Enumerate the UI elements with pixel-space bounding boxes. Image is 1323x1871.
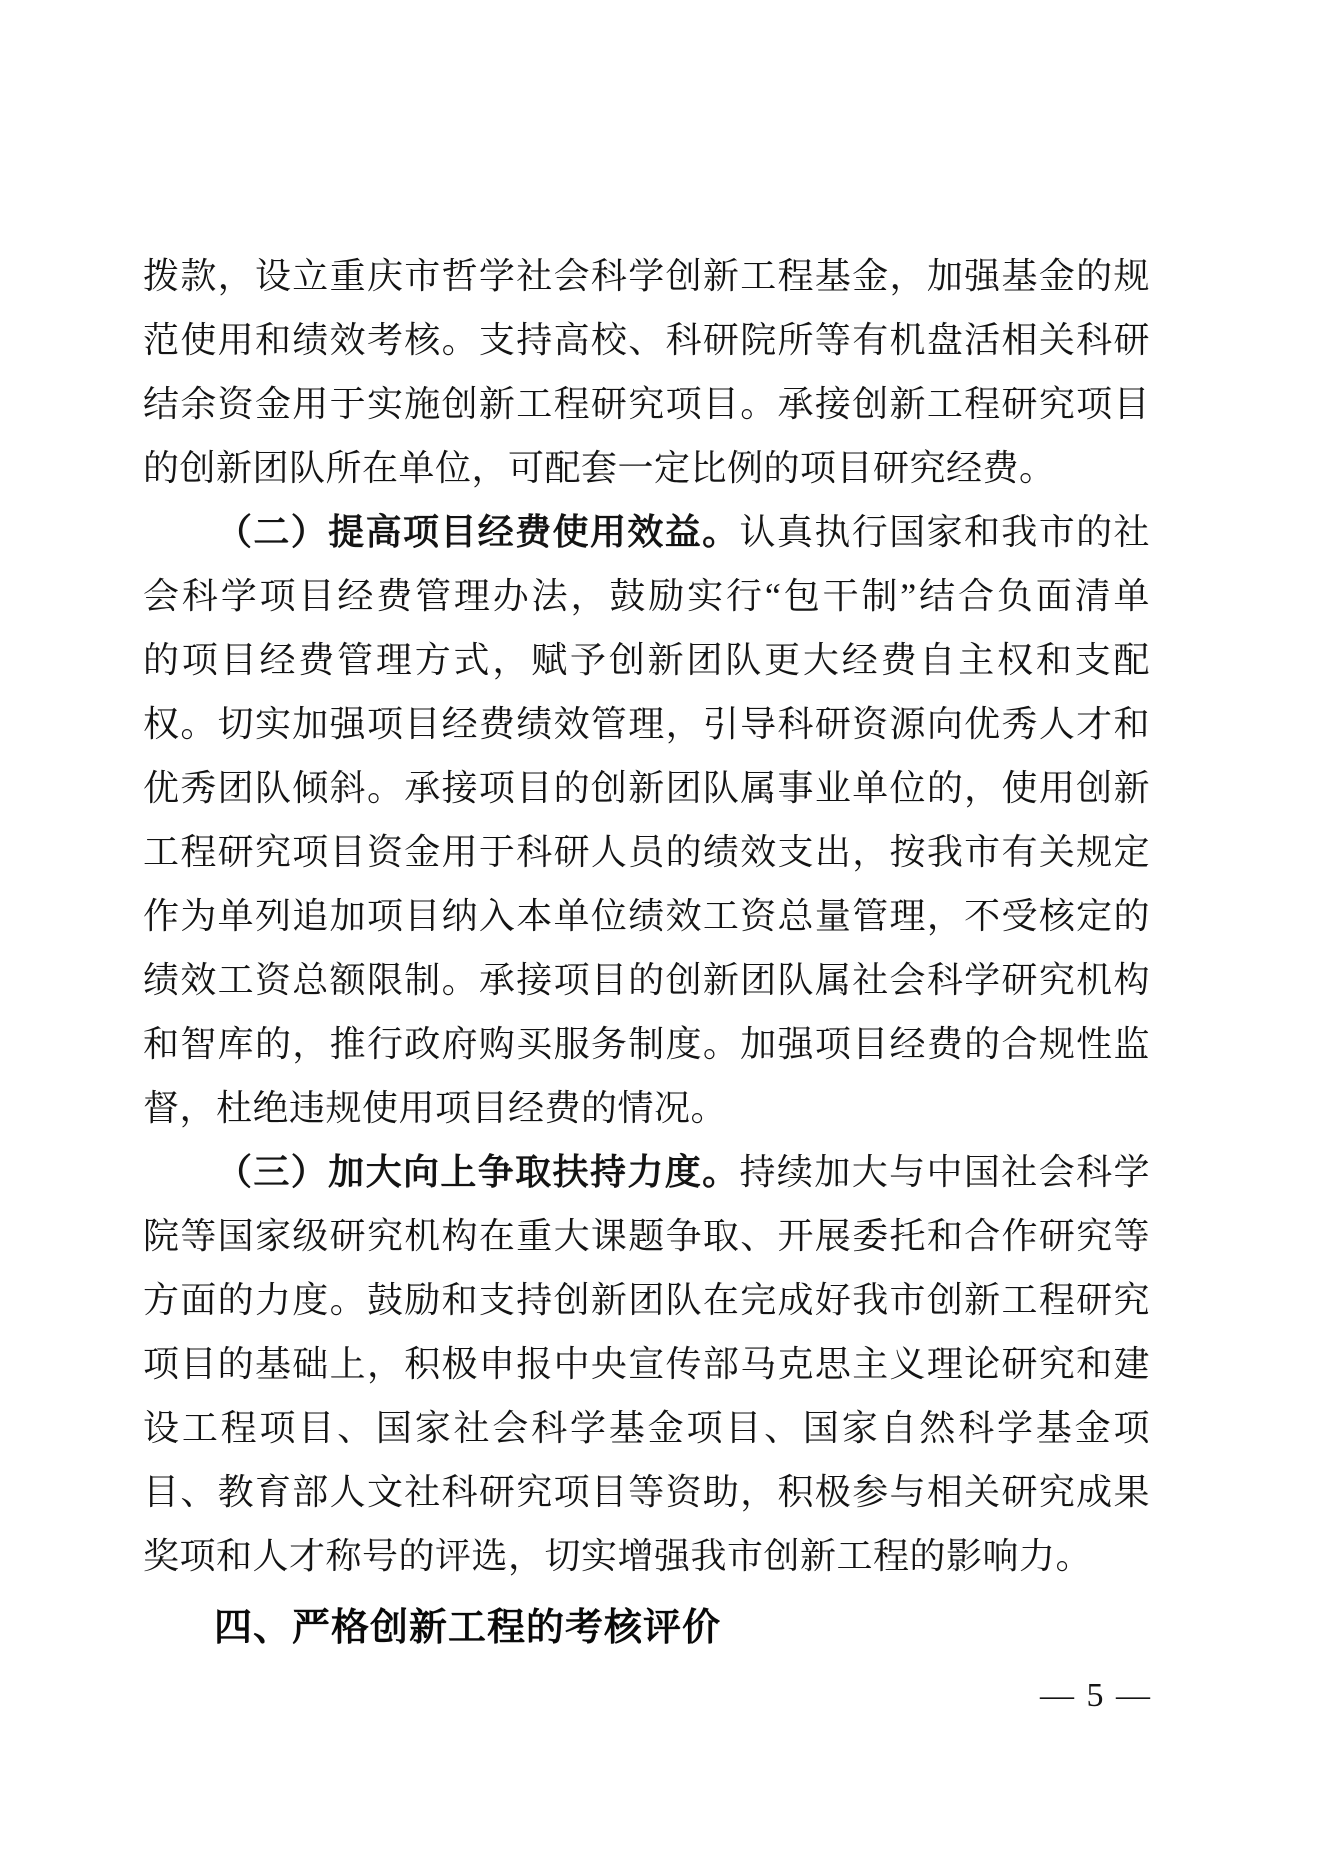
text-run: 设工程项目、国家社会科学基金项目、国家自然科学基金项 bbox=[143, 1408, 1150, 1448]
text-line: 的创新团队所在单位，可配套一定比例的项目研究经费。 bbox=[143, 436, 1150, 500]
text-run: 的创新团队所在单位，可配套一定比例的项目研究经费。 bbox=[143, 448, 1056, 488]
text-line: 设工程项目、国家社会科学基金项目、国家自然科学基金项 bbox=[143, 1396, 1150, 1460]
text-run: 方面的力度。鼓励和支持创新团队在完成好我市创新工程研究 bbox=[143, 1280, 1150, 1320]
text-line: 范使用和绩效考核。支持高校、科研院所等有机盘活相关科研 bbox=[143, 308, 1150, 372]
text-run: 院等国家级研究机构在重大课题争取、开展委托和合作研究等 bbox=[143, 1216, 1150, 1256]
text-line: 奖项和人才称号的评选，切实增强我市创新工程的影响力。 bbox=[143, 1524, 1150, 1588]
page-number: — 5 — bbox=[1040, 1676, 1152, 1716]
text-line: 拨款，设立重庆市哲学社会科学创新工程基金，加强基金的规 bbox=[143, 244, 1150, 308]
text-line: 和智库的，推行政府购买服务制度。加强项目经费的合规性监 bbox=[143, 1012, 1150, 1076]
text-run: 工程研究项目资金用于科研人员的绩效支出，按我市有关规定 bbox=[143, 832, 1150, 872]
text-run: 权。切实加强项目经费绩效管理，引导科研资源向优秀人才和 bbox=[143, 704, 1150, 744]
text-line: 项目的基础上，积极申报中央宣传部马克思主义理论研究和建 bbox=[143, 1332, 1150, 1396]
text-line: 目、教育部人文社科研究项目等资助，积极参与相关研究成果 bbox=[143, 1460, 1150, 1524]
text-line: 院等国家级研究机构在重大课题争取、开展委托和合作研究等 bbox=[143, 1204, 1150, 1268]
text-run: 和智库的，推行政府购买服务制度。加强项目经费的合规性监 bbox=[143, 1024, 1150, 1064]
text-run: 拨款，设立重庆市哲学社会科学创新工程基金，加强基金的规 bbox=[143, 256, 1150, 296]
text-run: 优秀团队倾斜。承接项目的创新团队属事业单位的，使用创新 bbox=[143, 768, 1150, 808]
text-line: 工程研究项目资金用于科研人员的绩效支出，按我市有关规定 bbox=[143, 820, 1150, 884]
text-line: 绩效工资总额限制。承接项目的创新团队属社会科学研究机构 bbox=[143, 948, 1150, 1012]
text-run: 会科学项目经费管理办法，鼓励实行“包干制”结合负面清单 bbox=[143, 576, 1150, 616]
text-line: 会科学项目经费管理办法，鼓励实行“包干制”结合负面清单 bbox=[143, 564, 1150, 628]
text-line: 结余资金用于实施创新工程研究项目。承接创新工程研究项目 bbox=[143, 372, 1150, 436]
para-item-2-funding-efficiency: （二）提高项目经费使用效益。认真执行国家和我市的社会科学项目经费管理办法，鼓励实… bbox=[143, 500, 1150, 1140]
text-run: 结余资金用于实施创新工程研究项目。承接创新工程研究项目 bbox=[143, 384, 1150, 424]
para-fund-continuation: 拨款，设立重庆市哲学社会科学创新工程基金，加强基金的规范使用和绩效考核。支持高校… bbox=[143, 244, 1150, 500]
text-run: 认真执行国家和我市的社 bbox=[740, 512, 1150, 552]
text-line: 督，杜绝违规使用项目经费的情况。 bbox=[143, 1076, 1150, 1140]
text-run: 项目的基础上，积极申报中央宣传部马克思主义理论研究和建 bbox=[143, 1344, 1150, 1384]
text-line: 权。切实加强项目经费绩效管理，引导科研资源向优秀人才和 bbox=[143, 692, 1150, 756]
text-run: 目、教育部人文社科研究项目等资助，积极参与相关研究成果 bbox=[143, 1472, 1150, 1512]
para-item-3-seek-support: （三）加大向上争取扶持力度。持续加大与中国社会科学院等国家级研究机构在重大课题争… bbox=[143, 1140, 1150, 1588]
bold-run: （二）提高项目经费使用效益。 bbox=[216, 512, 740, 552]
text-run: 作为单列追加项目纳入本单位绩效工资总量管理，不受核定的 bbox=[143, 896, 1150, 936]
text-line: （三）加大向上争取扶持力度。持续加大与中国社会科学 bbox=[143, 1140, 1150, 1204]
text-line: 的项目经费管理方式，赋予创新团队更大经费自主权和支配 bbox=[143, 628, 1150, 692]
text-run: 持续加大与中国社会科学 bbox=[740, 1152, 1150, 1192]
document-page: 拨款，设立重庆市哲学社会科学创新工程基金，加强基金的规范使用和绩效考核。支持高校… bbox=[0, 0, 1323, 1871]
text-line: 方面的力度。鼓励和支持创新团队在完成好我市创新工程研究 bbox=[143, 1268, 1150, 1332]
section-heading: 四、严格创新工程的考核评价 bbox=[143, 1596, 1150, 1660]
text-run: 的项目经费管理方式，赋予创新团队更大经费自主权和支配 bbox=[143, 640, 1150, 680]
bold-run: （三）加大向上争取扶持力度。 bbox=[216, 1152, 740, 1192]
text-line: （二）提高项目经费使用效益。认真执行国家和我市的社 bbox=[143, 500, 1150, 564]
text-run: 范使用和绩效考核。支持高校、科研院所等有机盘活相关科研 bbox=[143, 320, 1150, 360]
document-body: 拨款，设立重庆市哲学社会科学创新工程基金，加强基金的规范使用和绩效考核。支持高校… bbox=[143, 244, 1150, 1660]
text-line: 作为单列追加项目纳入本单位绩效工资总量管理，不受核定的 bbox=[143, 884, 1150, 948]
text-line: 优秀团队倾斜。承接项目的创新团队属事业单位的，使用创新 bbox=[143, 756, 1150, 820]
paragraphs-container: 拨款，设立重庆市哲学社会科学创新工程基金，加强基金的规范使用和绩效考核。支持高校… bbox=[143, 244, 1150, 1588]
text-run: 督，杜绝违规使用项目经费的情况。 bbox=[143, 1088, 727, 1128]
text-run: 奖项和人才称号的评选，切实增强我市创新工程的影响力。 bbox=[143, 1536, 1092, 1576]
text-run: 绩效工资总额限制。承接项目的创新团队属社会科学研究机构 bbox=[143, 960, 1150, 1000]
